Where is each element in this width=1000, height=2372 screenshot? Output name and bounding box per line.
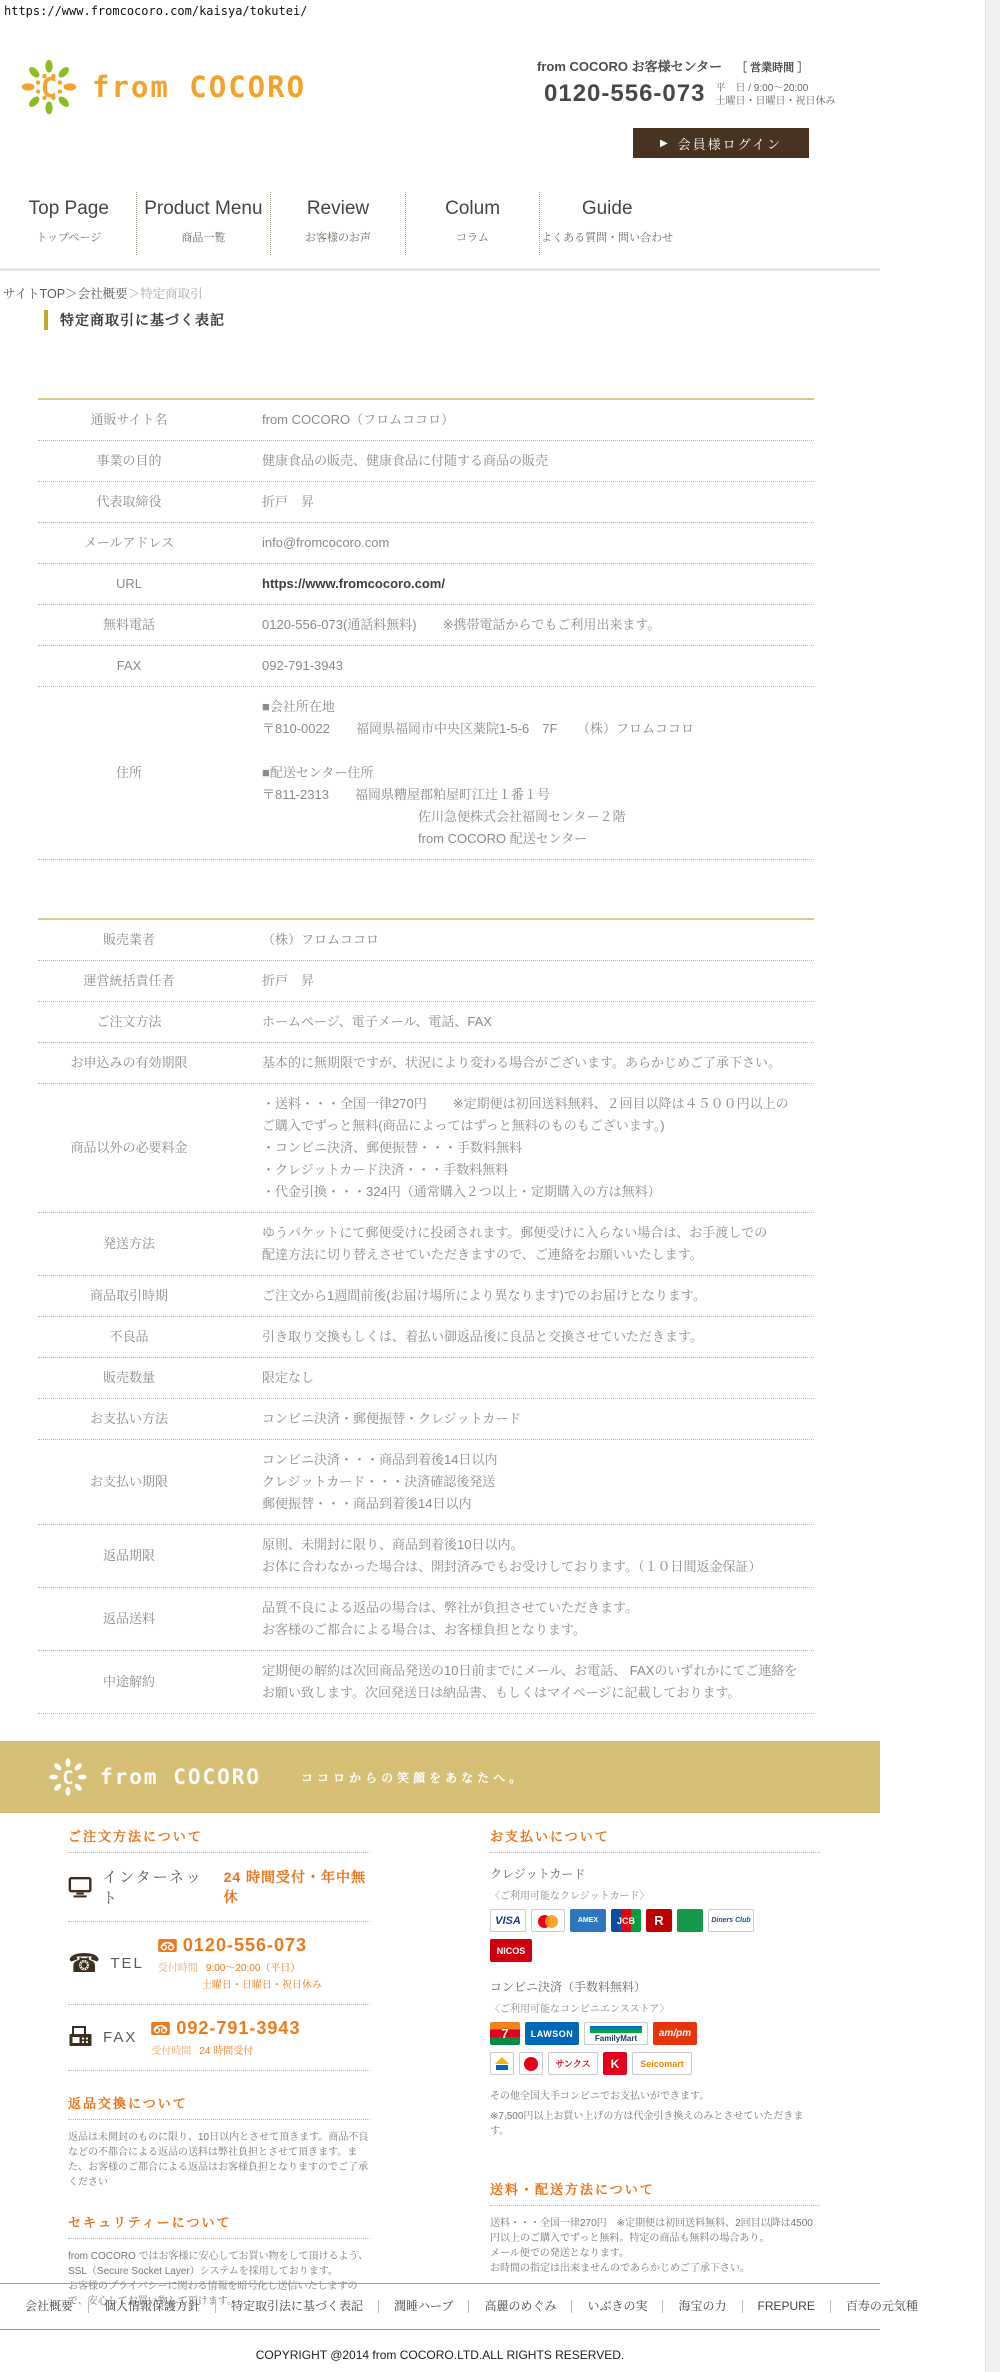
nav-label-jp: 商品一覧: [137, 229, 271, 245]
cvs-title: コンビニ決済（手数料無料）: [490, 1978, 820, 1995]
phone-icon: ☎: [68, 1950, 100, 1976]
nav-label-en: Review: [271, 198, 405, 220]
row-label: 販売数量: [38, 1369, 220, 1387]
internet-hours: 24 時間受付・年中無休: [224, 1867, 370, 1907]
table-row: 無料電話 0120-556-073(通話料無料) ※携帯電話からでもご利用出来ま…: [38, 605, 814, 646]
row-value: 健康食品の販売、健康食品に付随する商品の販売: [220, 450, 814, 472]
sales-info-table: 販売業者 （株）フロムココロ 運営統括責任者 折戸 昇 ご注文方法 ホームページ…: [38, 918, 814, 1714]
row-label: FAX: [38, 657, 220, 675]
row-label: 商品取引時期: [38, 1287, 220, 1305]
payment-heading: お支払いについて: [490, 1826, 820, 1853]
payment-section: お支払いについて クレジットカード 〈ご利用可能なクレジットカード〉 VISA …: [490, 1826, 820, 2276]
table-row: 発送方法 ゆうパケットにて郵便受けに投函されます。郵便受けに入らない場合は、お手…: [38, 1213, 814, 1276]
hours-weekday: 平 日 / 9:00～20:00: [715, 82, 835, 95]
table-row: 通販サイト名 from COCORO（フロムココロ）: [38, 400, 814, 441]
tel-order-row: ☎ TEL 0120-556-073 受付時間9:00～20:00（平日） 土曜…: [68, 1922, 370, 2005]
returns-heading: 返品交換について: [68, 2093, 370, 2120]
amex-logo: AMEX: [570, 1909, 606, 1932]
row-label: お支払い方法: [38, 1410, 220, 1428]
table-row: 代表取締役 折戸 昇: [38, 482, 814, 523]
row-value: ホームページ、電子メール、電話、FAX: [220, 1011, 814, 1033]
row-label: 返品期限: [38, 1547, 220, 1565]
footer-link-kourai[interactable]: 高麗のめぐみ: [469, 2300, 572, 2313]
breadcrumb-separator: ＞: [65, 287, 78, 301]
sun-logo-icon: C: [20, 56, 78, 118]
row-label: 無料電話: [38, 616, 220, 634]
tel-hours-label: 受付時間: [158, 1963, 198, 1974]
diners-club-logo: Diners Club: [708, 1909, 754, 1932]
member-login-label: 会員様ログイン: [678, 134, 782, 153]
ministop-logo: [490, 2052, 514, 2075]
table-row: 中途解約 定期便の解約は次回商品発送の10日前までにメール、お電話、 FAXのい…: [38, 1651, 814, 1714]
row-value: ご注文から1週間前後(お届け場所により異なります)でのお届けとなります。: [220, 1285, 814, 1307]
cvs-subtitle: 〈ご利用可能なコンビニエンスストア〉: [490, 2000, 820, 2015]
table-row: 商品以外の必要料金 ・送料・・・全国一律270円 ※定期便は初回送料無料、２回目…: [38, 1084, 814, 1213]
table-row: お申込みの有効期限 基本的に無期限ですが、状況により変わる場合がございます。あら…: [38, 1043, 814, 1084]
footer-link-tokutei[interactable]: 特定取引法に基づく表記: [216, 2300, 379, 2313]
nav-item-top-page[interactable]: Top Page トップページ: [2, 192, 136, 255]
table-row: お支払い期限 コンビニ決済・・・商品到着後14日以内 クレジットカード・・・決済…: [38, 1440, 814, 1525]
row-label: 運営統括責任者: [38, 972, 220, 990]
row-label: メールアドレス: [38, 534, 220, 552]
row-value: コンビニ決済・郵便振替・クレジットカード: [220, 1408, 814, 1430]
customer-center-phone: 0120-556-073: [544, 82, 705, 106]
footer-logo-text: from COCORO: [100, 1765, 261, 1789]
tel-closed-days: 土曜日・日曜日・祝日休み: [158, 1976, 322, 1991]
table-row: 商品取引時期 ご注文から1週間前後(お届け場所により異なります)でのお届けとなり…: [38, 1276, 814, 1317]
page-title: 特定商取引に基づく表記: [60, 310, 225, 330]
svg-text:C: C: [41, 73, 57, 104]
row-value: from COCORO（フロムココロ）: [220, 409, 814, 431]
nav-item-review[interactable]: Review お客様のお声: [270, 192, 405, 255]
fax-order-row: FAX 092-791-3943 受付時間24 時間受付: [68, 2005, 370, 2071]
table-row: 販売業者 （株）フロムココロ: [38, 920, 814, 961]
row-label: 通販サイト名: [38, 411, 220, 429]
row-value: 品質不良による返品の場合は、弊社が負担させていただきます。 お客様のご都合による…: [220, 1597, 814, 1641]
table-row: メールアドレス info@fromcocoro.com: [38, 523, 814, 564]
monitor-icon: [68, 1876, 92, 1899]
daily-yamazaki-logo: [519, 2052, 543, 2075]
row-label: URL: [38, 575, 220, 593]
breadcrumb-company[interactable]: 会社概要: [78, 287, 128, 301]
table-row: URL https://www.fromcocoro.com/: [38, 564, 814, 605]
table-row: 事業の目的 健康食品の販売、健康食品に付随する商品の販売: [38, 441, 814, 482]
row-label: 不良品: [38, 1328, 220, 1346]
row-label: 返品送料: [38, 1610, 220, 1628]
hours-closed: 土曜日・日曜日・祝日休み: [715, 95, 835, 108]
security-heading: セキュリティーについて: [68, 2212, 370, 2239]
nav-label-en: Top Page: [2, 198, 136, 220]
site-url-link[interactable]: https://www.fromcocoro.com/: [220, 573, 814, 595]
fax-icon: [68, 2026, 93, 2049]
row-value: info@fromcocoro.com: [220, 532, 814, 554]
arrow-right-icon: ▶: [660, 138, 670, 149]
sun-logo-icon-white: C: [48, 1756, 88, 1798]
fax-hours-label: 受付時間: [151, 2046, 191, 2057]
credit-card-subtitle: 〈ご利用可能なクレジットカード〉: [490, 1887, 820, 1902]
header-contact: from COCORO お客様センター［ 営業時間 ］ 0120-556-073…: [537, 56, 817, 108]
svg-text:C: C: [62, 1768, 73, 1789]
nav-label-jp: お客様のお声: [271, 229, 405, 245]
row-value: （株）フロムココロ: [220, 929, 814, 951]
breadcrumb-site-top[interactable]: サイトTOP: [3, 287, 65, 301]
order-method-section: ご注文方法について インターネット 24 時間受付・年中無休 ☎ TEL: [68, 1826, 370, 2309]
site-logo[interactable]: C from COCORO: [20, 56, 306, 118]
internet-label: インターネット: [102, 1866, 211, 1908]
footer-link-frepure[interactable]: FREPURE: [743, 2300, 831, 2313]
fax-number: 092-791-3943: [176, 2018, 300, 2039]
row-value: ゆうパケットにて郵便受けに投函されます。郵便受けに入らない場合は、お手渡しでの …: [220, 1222, 814, 1266]
credit-card-title: クレジットカード: [490, 1865, 820, 1882]
cvs-note: その他全国大手コンビニでお支払いができます。: [490, 2087, 820, 2102]
footer-link-ibuki[interactable]: いぶきの実: [572, 2300, 663, 2313]
site-logo-text: from COCORO: [92, 70, 306, 104]
breadcrumb-current: 特定商取引: [140, 287, 203, 301]
visa-logo: VISA: [490, 1909, 526, 1932]
row-value: 定期便の解約は次回商品発送の10日前までにメール、お電話、 FAXのいずれかにて…: [220, 1660, 814, 1704]
nav-item-colum[interactable]: Colum コラム: [405, 192, 540, 255]
internet-order-row: インターネット 24 時間受付・年中無休: [68, 1853, 370, 1922]
main-nav: Top Page トップページ Product Menu 商品一覧 Review…: [2, 192, 674, 255]
footer-band: C from COCORO ココロからの笑顔をあなたへ。: [0, 1741, 880, 1813]
table-row: 返品期限 原則、未開封に限り、商品到着後10日以内。 お体に合わなかった場合は、…: [38, 1525, 814, 1588]
customer-center-name: from COCORO お客様センター: [537, 59, 722, 74]
jcb-logo: JCB: [611, 1909, 641, 1932]
table-row: 運営統括責任者 折戸 昇: [38, 961, 814, 1002]
footer-link-privacy[interactable]: 個人情報保護方針: [89, 2300, 216, 2313]
breadcrumb-separator: ＞: [128, 287, 141, 301]
sunkus-logo: サンクス: [548, 2052, 598, 2075]
row-label: 商品以外の必要料金: [38, 1139, 220, 1157]
row-label: ご注文方法: [38, 1013, 220, 1031]
row-label: 発送方法: [38, 1235, 220, 1253]
table-row: 住所 ■会社所在地 〒810-0022 福岡県福岡市中央区薬院1-5-6 7F …: [38, 687, 814, 860]
row-value: ■会社所在地 〒810-0022 福岡県福岡市中央区薬院1-5-6 7F （株）…: [220, 696, 814, 850]
seicomart-logo: Seicomart: [632, 2052, 692, 2075]
nav-item-product-menu[interactable]: Product Menu 商品一覧: [136, 192, 271, 255]
row-value: 0120-556-073(通話料無料) ※携帯電話からでもご利用出来ます。: [220, 614, 814, 636]
row-label: 住所: [38, 764, 220, 782]
footer-link-kaihou[interactable]: 海宝の力: [663, 2300, 742, 2313]
company-info-table: 通販サイト名 from COCORO（フロムココロ） 事業の目的 健康食品の販売…: [38, 398, 814, 860]
footer-link-junsui-herb[interactable]: 潤睡ハーブ: [379, 2300, 469, 2313]
order-method-heading: ご注文方法について: [68, 1826, 370, 1853]
tel-label: TEL: [110, 1955, 144, 1972]
table-row: 不良品 引き取り交換もしくは、着払い御返品後に良品と交換させていただきます。: [38, 1317, 814, 1358]
table-row: 販売数量 限定なし: [38, 1358, 814, 1399]
fax-hours: 24 時間受付: [199, 2046, 253, 2057]
browser-url: https://www.fromcocoro.com/kaisya/tokute…: [4, 4, 307, 18]
freedial-icon: [151, 2022, 170, 2035]
table-row: FAX 092-791-3943: [38, 646, 814, 687]
ampm-logo: am/pm: [653, 2022, 697, 2045]
tel-hours: 9:00～20:00（平日）: [206, 1963, 301, 1974]
returns-section: 返品交換について 返品は未開封のものに限り、10日以内とさせて頂きます。商品不良…: [68, 2093, 370, 2190]
shipping-section: 送料・配送方法について 送料・・・全国一律270円 ※定期便は初回送料無料、2回…: [490, 2179, 820, 2276]
row-label: 中途解約: [38, 1673, 220, 1691]
breadcrumb: サイトTOP＞会社概要＞特定商取引: [3, 284, 203, 302]
row-label: お申込みの有効期限: [38, 1054, 220, 1072]
nicos-logo: NICOS: [490, 1939, 532, 1962]
scrollbar[interactable]: [985, 0, 1000, 2372]
row-value: 基本的に無期限ですが、状況により変わる場合がございます。あらかじめご了承下さい。: [220, 1052, 814, 1074]
copyright-text: COPYRIGHT @2014 from COCORO.LTD.ALL RIGH…: [0, 2348, 880, 2362]
row-value: 折戸 昇: [220, 970, 814, 992]
nav-divider: [0, 268, 880, 271]
returns-body: 返品は未開封のものに限り、10日以内とさせて頂きます。商品不良などの不都合による…: [68, 2130, 370, 2190]
nav-item-guide[interactable]: Guide よくある質問・問い合わせ: [539, 192, 674, 255]
row-value: コンビニ決済・・・商品到着後14日以内 クレジットカード・・・決済確認後発送 郵…: [220, 1449, 814, 1515]
credit-card-logos-row2: NICOS: [490, 1939, 820, 1962]
row-value: 引き取り交換もしくは、着払い御返品後に良品と交換させていただきます。: [220, 1326, 814, 1348]
fax-label: FAX: [103, 2029, 137, 2046]
row-label: 販売業者: [38, 931, 220, 949]
cvs-logos-row1: 7 LAWSON FamilyMart am/pm: [490, 2022, 820, 2045]
footer-link-company[interactable]: 会社概要: [10, 2300, 89, 2313]
tel-number: 0120-556-073: [183, 1935, 307, 1956]
row-value: 原則、未開封に限り、商品到着後10日以内。 お体に合わなかった場合は、開封済みで…: [220, 1534, 814, 1578]
footer-links-bar: 会社概要 個人情報保護方針 特定取引法に基づく表記 潤睡ハーブ 高麗のめぐみ い…: [0, 2283, 880, 2330]
member-login-button[interactable]: ▶ 会員様ログイン: [633, 128, 809, 158]
page-container: https://www.fromcocoro.com/kaisya/tokute…: [0, 0, 880, 2372]
row-label: お支払い期限: [38, 1473, 220, 1491]
lawson-logo: LAWSON: [525, 2022, 579, 2045]
mastercard-logo: [531, 1909, 565, 1932]
row-value: 092-791-3943: [220, 655, 814, 677]
nav-label-jp: コラム: [406, 229, 540, 245]
business-hours-label: ［ 営業時間 ］: [736, 62, 808, 74]
freedial-icon: [158, 1939, 177, 1952]
row-label: 事業の目的: [38, 452, 220, 470]
row-value: ・送料・・・全国一律270円 ※定期便は初回送料無料、２回目以降は４５００円以上…: [220, 1093, 814, 1203]
nav-label-jp: トップページ: [2, 229, 136, 245]
circle-k-logo: K: [603, 2052, 627, 2075]
credit-card-logos-row: VISA AMEX JCB R Diners Club: [490, 1909, 820, 1932]
footer-tagline: ココロからの笑顔をあなたへ。: [301, 1769, 525, 1786]
page-title-block: 特定商取引に基づく表記: [44, 310, 225, 330]
familymart-logo: FamilyMart: [584, 2022, 648, 2045]
title-accent-bar: [44, 310, 48, 330]
row-label: 代表取締役: [38, 493, 220, 511]
table-row: ご注文方法 ホームページ、電子メール、電話、FAX: [38, 1002, 814, 1043]
nav-label-en: Guide: [540, 198, 674, 220]
table-row: 返品送料 品質不良による返品の場合は、弊社が負担させていただきます。 お客様のご…: [38, 1588, 814, 1651]
rakuten-card-logo: R: [646, 1909, 672, 1932]
table-row: お支払い方法 コンビニ決済・郵便振替・クレジットカード: [38, 1399, 814, 1440]
shipping-body: 送料・・・全国一律270円 ※定期便は初回送料無料、2回目以降は4500円以上の…: [490, 2216, 820, 2276]
nav-label-en: Product Menu: [137, 198, 271, 220]
cvs-logos-row2: サンクス K Seicomart: [490, 2052, 820, 2075]
green-card-logo: [677, 1909, 703, 1932]
seven-eleven-logo: 7: [490, 2022, 520, 2045]
row-value: 折戸 昇: [220, 491, 814, 513]
cod-note: ※7,500円以上お買い上げの方は代金引き換えのみとさせていただきます。: [490, 2107, 820, 2137]
shipping-heading: 送料・配送方法について: [490, 2179, 820, 2206]
row-value: 限定なし: [220, 1367, 814, 1389]
footer-link-hyakuju[interactable]: 百寿の元気種: [831, 2300, 933, 2313]
nav-label-en: Colum: [406, 198, 540, 220]
nav-label-jp: よくある質問・問い合わせ: [540, 229, 674, 245]
